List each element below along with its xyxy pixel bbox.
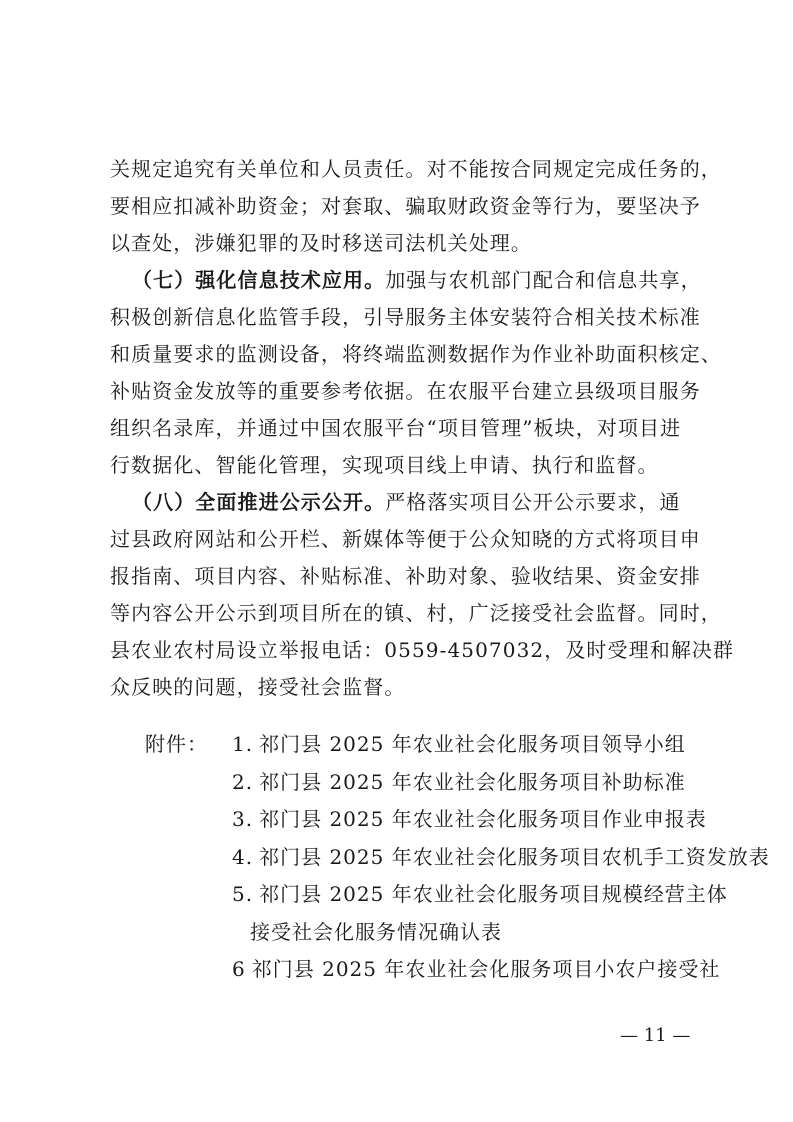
attachment-item: 5. 祁门县 2025 年农业社会化服务项目规模经营主体 bbox=[145, 876, 715, 914]
text-line: 行数据化、智能化管理，实现项目线上申请、执行和监督。 bbox=[110, 447, 710, 484]
attachment-title: 祁门县 2025 年农业社会化服务项目农机手工资发放表 bbox=[259, 839, 770, 877]
text-run: 严格落实项目公开公示要求，通 bbox=[385, 490, 680, 514]
text-line: 以查处，涉嫌犯罪的及时移送司法机关处理。 bbox=[110, 225, 710, 262]
attachment-number: 4. bbox=[232, 839, 253, 877]
attachment-number: 1. bbox=[232, 726, 253, 764]
text-line: 积极创新信息化监管手段，引导服务主体安装符合相关技术标准 bbox=[110, 299, 710, 336]
attachments-list: 附件： 1. 祁门县 2025 年农业社会化服务项目领导小组 2. 祁门县 20… bbox=[145, 726, 715, 989]
paragraph-section-8: （八）全面推进公示公开。严格落实项目公开公示要求，通 过县政府网站和公开栏、新媒… bbox=[110, 484, 710, 706]
section-heading-7: （七）强化信息技术应用。 bbox=[132, 268, 385, 292]
attachment-title: 祁门县 2025 年农业社会化服务项目补助标准 bbox=[259, 764, 686, 802]
section-heading-8: （八）全面推进公示公开。 bbox=[132, 490, 385, 514]
paragraph-accountability: 关规定追究有关单位和人员责任。对不能按合同规定完成任务的， 要相应扣减补助资金；… bbox=[110, 151, 710, 262]
text-line: （八）全面推进公示公开。严格落实项目公开公示要求，通 bbox=[110, 484, 710, 521]
attachment-item: 4. 祁门县 2025 年农业社会化服务项目农机手工资发放表 bbox=[145, 839, 715, 877]
attachment-item-continuation: 接受社会化服务情况确认表 bbox=[145, 914, 715, 952]
attachment-title: 祁门县 2025 年农业社会化服务项目领导小组 bbox=[259, 726, 686, 764]
text-line: 过县政府网站和公开栏、新媒体等便于公众知晓的方式将项目申 bbox=[110, 521, 710, 558]
text-line: 补贴资金发放等的重要参考依据。在农服平台建立县级项目服务 bbox=[110, 373, 710, 410]
text-line: 组织名录库，并通过中国农服平台“项目管理”板块，对项目进 bbox=[110, 410, 710, 447]
text-line: 和质量要求的监测设备，将终端监测数据作为作业补助面积核定、 bbox=[110, 336, 710, 373]
text-line: 关规定追究有关单位和人员责任。对不能按合同规定完成任务的， bbox=[110, 151, 710, 188]
text-run: 加强与农机部门配合和信息共享， bbox=[385, 268, 702, 292]
text-line: （七）强化信息技术应用。加强与农机部门配合和信息共享， bbox=[110, 262, 710, 299]
document-page: 关规定追究有关单位和人员责任。对不能按合同规定完成任务的， 要相应扣减补助资金；… bbox=[0, 0, 793, 1122]
paragraph-section-7: （七）强化信息技术应用。加强与农机部门配合和信息共享， 积极创新信息化监管手段，… bbox=[110, 262, 710, 484]
text-line: 等内容公开公示到项目所在的镇、村，广泛接受社会监督。同时， bbox=[110, 595, 710, 632]
page-number: — 11 — bbox=[620, 1022, 690, 1050]
attachment-title: 祁门县 2025 年农业社会化服务项目作业申报表 bbox=[259, 801, 707, 839]
attachments-label: 附件： bbox=[145, 726, 232, 764]
attachment-number: 3. bbox=[232, 801, 253, 839]
attachment-title-continuation: 接受社会化服务情况确认表 bbox=[145, 914, 502, 952]
text-line: 县农业农村局设立举报电话：0559-4507032，及时受理和解决群 bbox=[110, 632, 710, 669]
attachment-title: 祁门县 2025 年农业社会化服务项目规模经营主体 bbox=[259, 876, 728, 914]
text-line: 要相应扣减补助资金；对套取、骗取财政资金等行为，要坚决予 bbox=[110, 188, 710, 225]
attachment-item: 2. 祁门县 2025 年农业社会化服务项目补助标准 bbox=[145, 764, 715, 802]
attachment-number: 5. bbox=[232, 876, 253, 914]
attachment-number: 2. bbox=[232, 764, 253, 802]
attachment-number: 6 bbox=[232, 951, 246, 989]
document-body: 关规定追究有关单位和人员责任。对不能按合同规定完成任务的， 要相应扣减补助资金；… bbox=[110, 151, 710, 706]
text-line: 众反映的问题，接受社会监督。 bbox=[110, 669, 710, 706]
text-line: 报指南、项目内容、补贴标准、补助对象、验收结果、资金安排 bbox=[110, 558, 710, 595]
attachment-title: 祁门县 2025 年农业社会化服务项目小农户接受社 bbox=[252, 951, 721, 989]
attachment-item: 3. 祁门县 2025 年农业社会化服务项目作业申报表 bbox=[145, 801, 715, 839]
attachment-item: 6 祁门县 2025 年农业社会化服务项目小农户接受社 bbox=[145, 951, 715, 989]
attachment-item: 附件： 1. 祁门县 2025 年农业社会化服务项目领导小组 bbox=[145, 726, 715, 764]
